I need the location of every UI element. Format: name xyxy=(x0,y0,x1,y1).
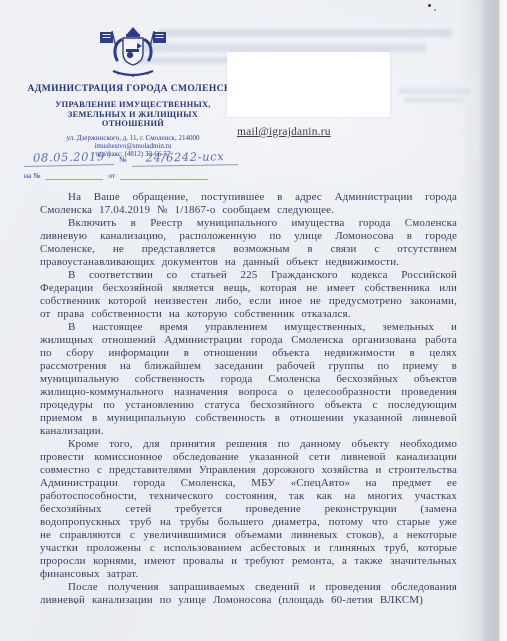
organization-name: АДМИНИСТРАЦИЯ ГОРОДА СМОЛЕНСКА xyxy=(10,84,256,94)
letter-body: На Ваше обращение, поступившее в адрес А… xyxy=(40,191,457,607)
reply-date-blank-line xyxy=(120,171,208,180)
redacted-addressee-box xyxy=(227,52,390,117)
paragraph: Включить в Реестр муниципального имущест… xyxy=(40,217,457,269)
paragraph: Кроме того, для принятия решения по данн… xyxy=(40,438,457,581)
department-line: УПРАВЛЕНИЕ ИМУЩЕСТВЕННЫХ, xyxy=(10,100,256,110)
letterhead: АДМИНИСТРАЦИЯ ГОРОДА СМОЛЕНСКА УПРАВЛЕНИ… xyxy=(10,26,256,159)
department-line: ОТНОШЕНИЙ xyxy=(10,119,256,129)
smolensk-coat-of-arms-icon xyxy=(96,26,170,80)
handwritten-date: 08.05.2019 xyxy=(24,149,114,167)
department-line: ЗЕМЕЛЬНЫХ И ЖИЛИЩНЫХ xyxy=(10,110,256,120)
number-sign: № xyxy=(119,155,127,166)
reply-from-label: от xyxy=(108,171,115,180)
scan-edge-shadow xyxy=(459,0,507,641)
paragraph: В соответствии со статьей 225 Гражданско… xyxy=(40,269,457,321)
recipient-email: mail@igrajdanin.ru xyxy=(237,126,331,138)
reply-number-blank-line xyxy=(45,171,103,180)
bleed-through-artifact xyxy=(398,88,470,94)
paragraph: На Ваше обращение, поступившее в адрес А… xyxy=(40,191,457,217)
reply-to-number-label: на № xyxy=(24,171,40,180)
bleed-through-artifact xyxy=(404,97,464,103)
paragraph: После получения запрашиваемых сведений и… xyxy=(40,581,457,607)
scan-speck xyxy=(434,9,436,11)
handwritten-outgoing-number: 24/6242-исх xyxy=(132,149,238,167)
reference-block: 08.05.2019 № 24/6242-исх на № от xyxy=(24,150,240,180)
scanned-letter-page: АДМИНИСТРАЦИЯ ГОРОДА СМОЛЕНСКА УПРАВЛЕНИ… xyxy=(0,0,507,641)
paragraph: В настоящее время управлением имуществен… xyxy=(40,321,457,438)
scan-speck xyxy=(428,4,431,7)
